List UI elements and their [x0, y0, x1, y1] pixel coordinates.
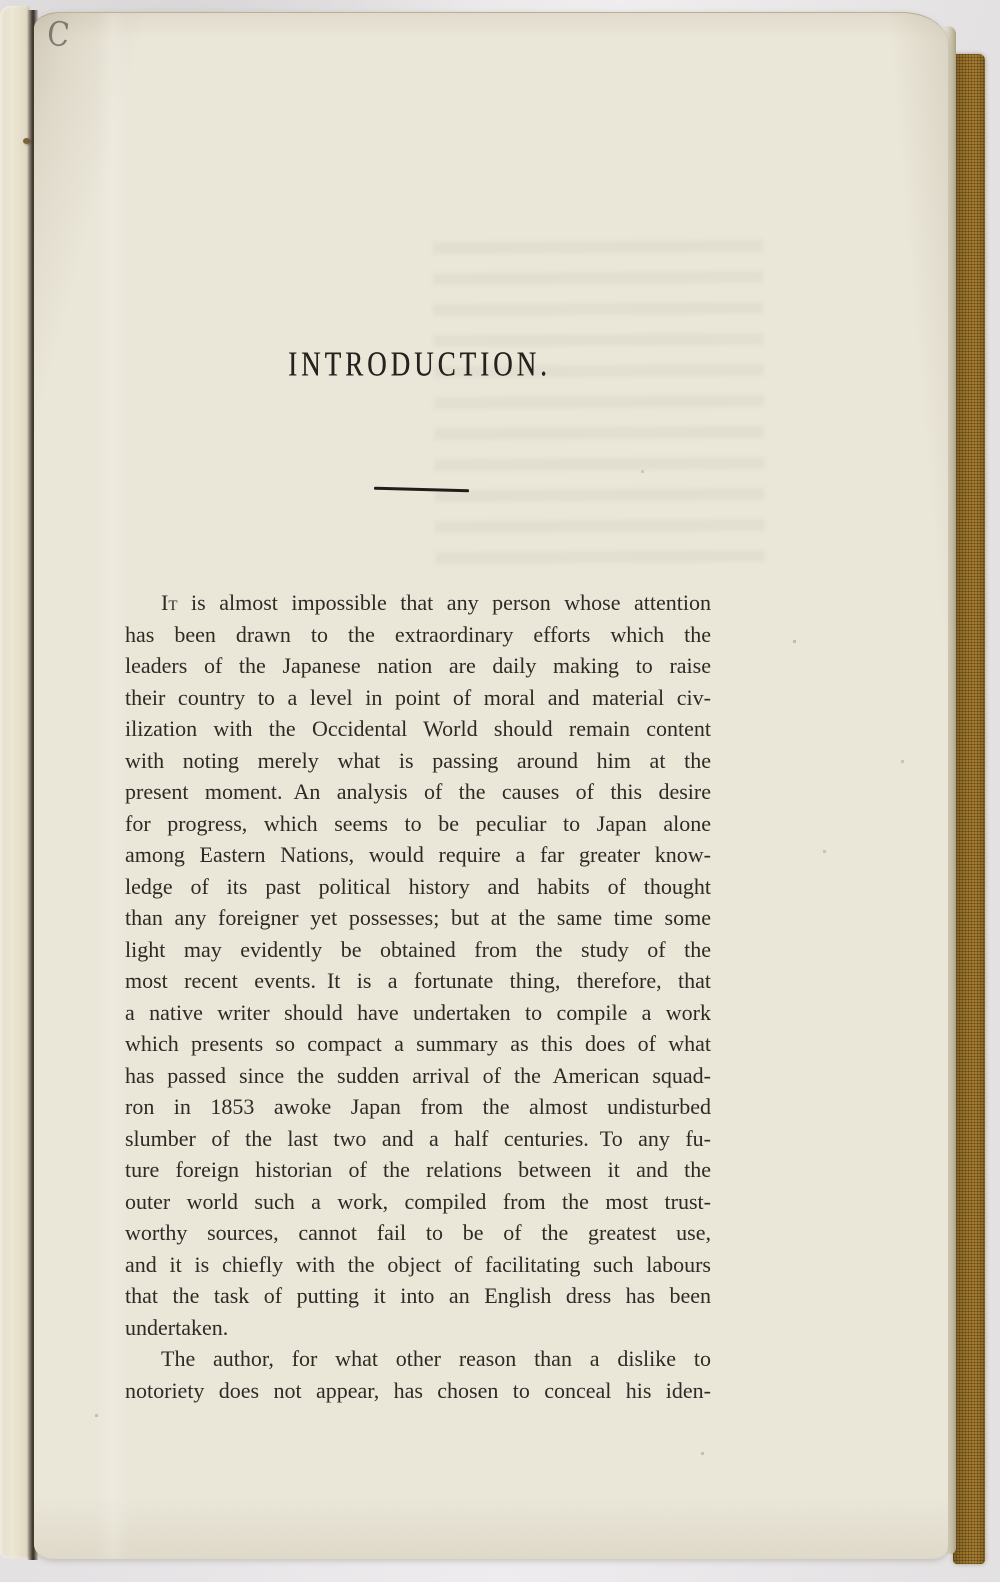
- text-line: undertaken.: [125, 1312, 711, 1344]
- text-line: among Eastern Nations, would require a f…: [125, 839, 711, 871]
- text-line: that the task of putting it into an Engl…: [125, 1280, 711, 1312]
- text-line: light may evidently be obtained from the…: [125, 934, 711, 966]
- book-photo: C INTRODUCTION. It is almost impossible …: [0, 0, 1000, 1582]
- text-line: outer world such a work, compiled from t…: [125, 1186, 711, 1218]
- text-line: The author, for what other reason than a…: [125, 1343, 711, 1375]
- book-page: C INTRODUCTION. It is almost impossible …: [34, 12, 948, 1559]
- text-line: worthy sources, cannot fail to be of the…: [125, 1217, 711, 1249]
- text-line: which presents so compact a summary as t…: [125, 1028, 711, 1060]
- title-wrap: INTRODUCTION.: [125, 349, 710, 401]
- text-line: notoriety does not appear, has chosen to…: [125, 1375, 711, 1407]
- body-text: It is almost impossible that any person …: [125, 587, 711, 1406]
- text-line: ilization with the Occidental World shou…: [125, 713, 711, 745]
- dust-specks: [34, 13, 35, 14]
- text-line: a native writer should have undertaken t…: [125, 997, 711, 1029]
- text-line: ture foreign historian of the relations …: [125, 1154, 711, 1186]
- text-line: for progress, which seems to be peculiar…: [125, 808, 711, 840]
- text-line: than any foreigner yet possesses; but at…: [125, 902, 711, 934]
- text-line: has been drawn to the extraordinary effo…: [125, 619, 711, 651]
- text-line: leaders of the Japanese nation are daily…: [125, 650, 711, 682]
- text-line: It is almost impossible that any person …: [125, 587, 711, 619]
- pencil-mark: C: [45, 13, 71, 55]
- text-line: present moment. An analysis of the cause…: [125, 776, 711, 808]
- text-line: slumber of the last two and a half centu…: [125, 1123, 711, 1155]
- text-line: most recent events. It is a fortunate th…: [125, 965, 711, 997]
- text-line: with noting merely what is passing aroun…: [125, 745, 711, 777]
- text-line: and it is chiefly with the object of fac…: [125, 1249, 711, 1281]
- small-caps-lead: It: [161, 590, 178, 615]
- text-line: has passed since the sudden arrival of t…: [125, 1060, 711, 1092]
- page-title: INTRODUCTION.: [284, 345, 551, 385]
- cloth-cover-edge: [953, 54, 985, 1564]
- previous-page-edges: [0, 6, 30, 1558]
- title-rule: [374, 487, 469, 493]
- text-line: their country to a level in point of mor…: [125, 682, 711, 714]
- text-line: ron in 1853 awoke Japan from the almost …: [125, 1091, 711, 1123]
- reverse-side-bleed-through: [433, 240, 765, 582]
- wormhole-speck: [23, 138, 30, 144]
- text-line: ledge of its past political history and …: [125, 871, 711, 903]
